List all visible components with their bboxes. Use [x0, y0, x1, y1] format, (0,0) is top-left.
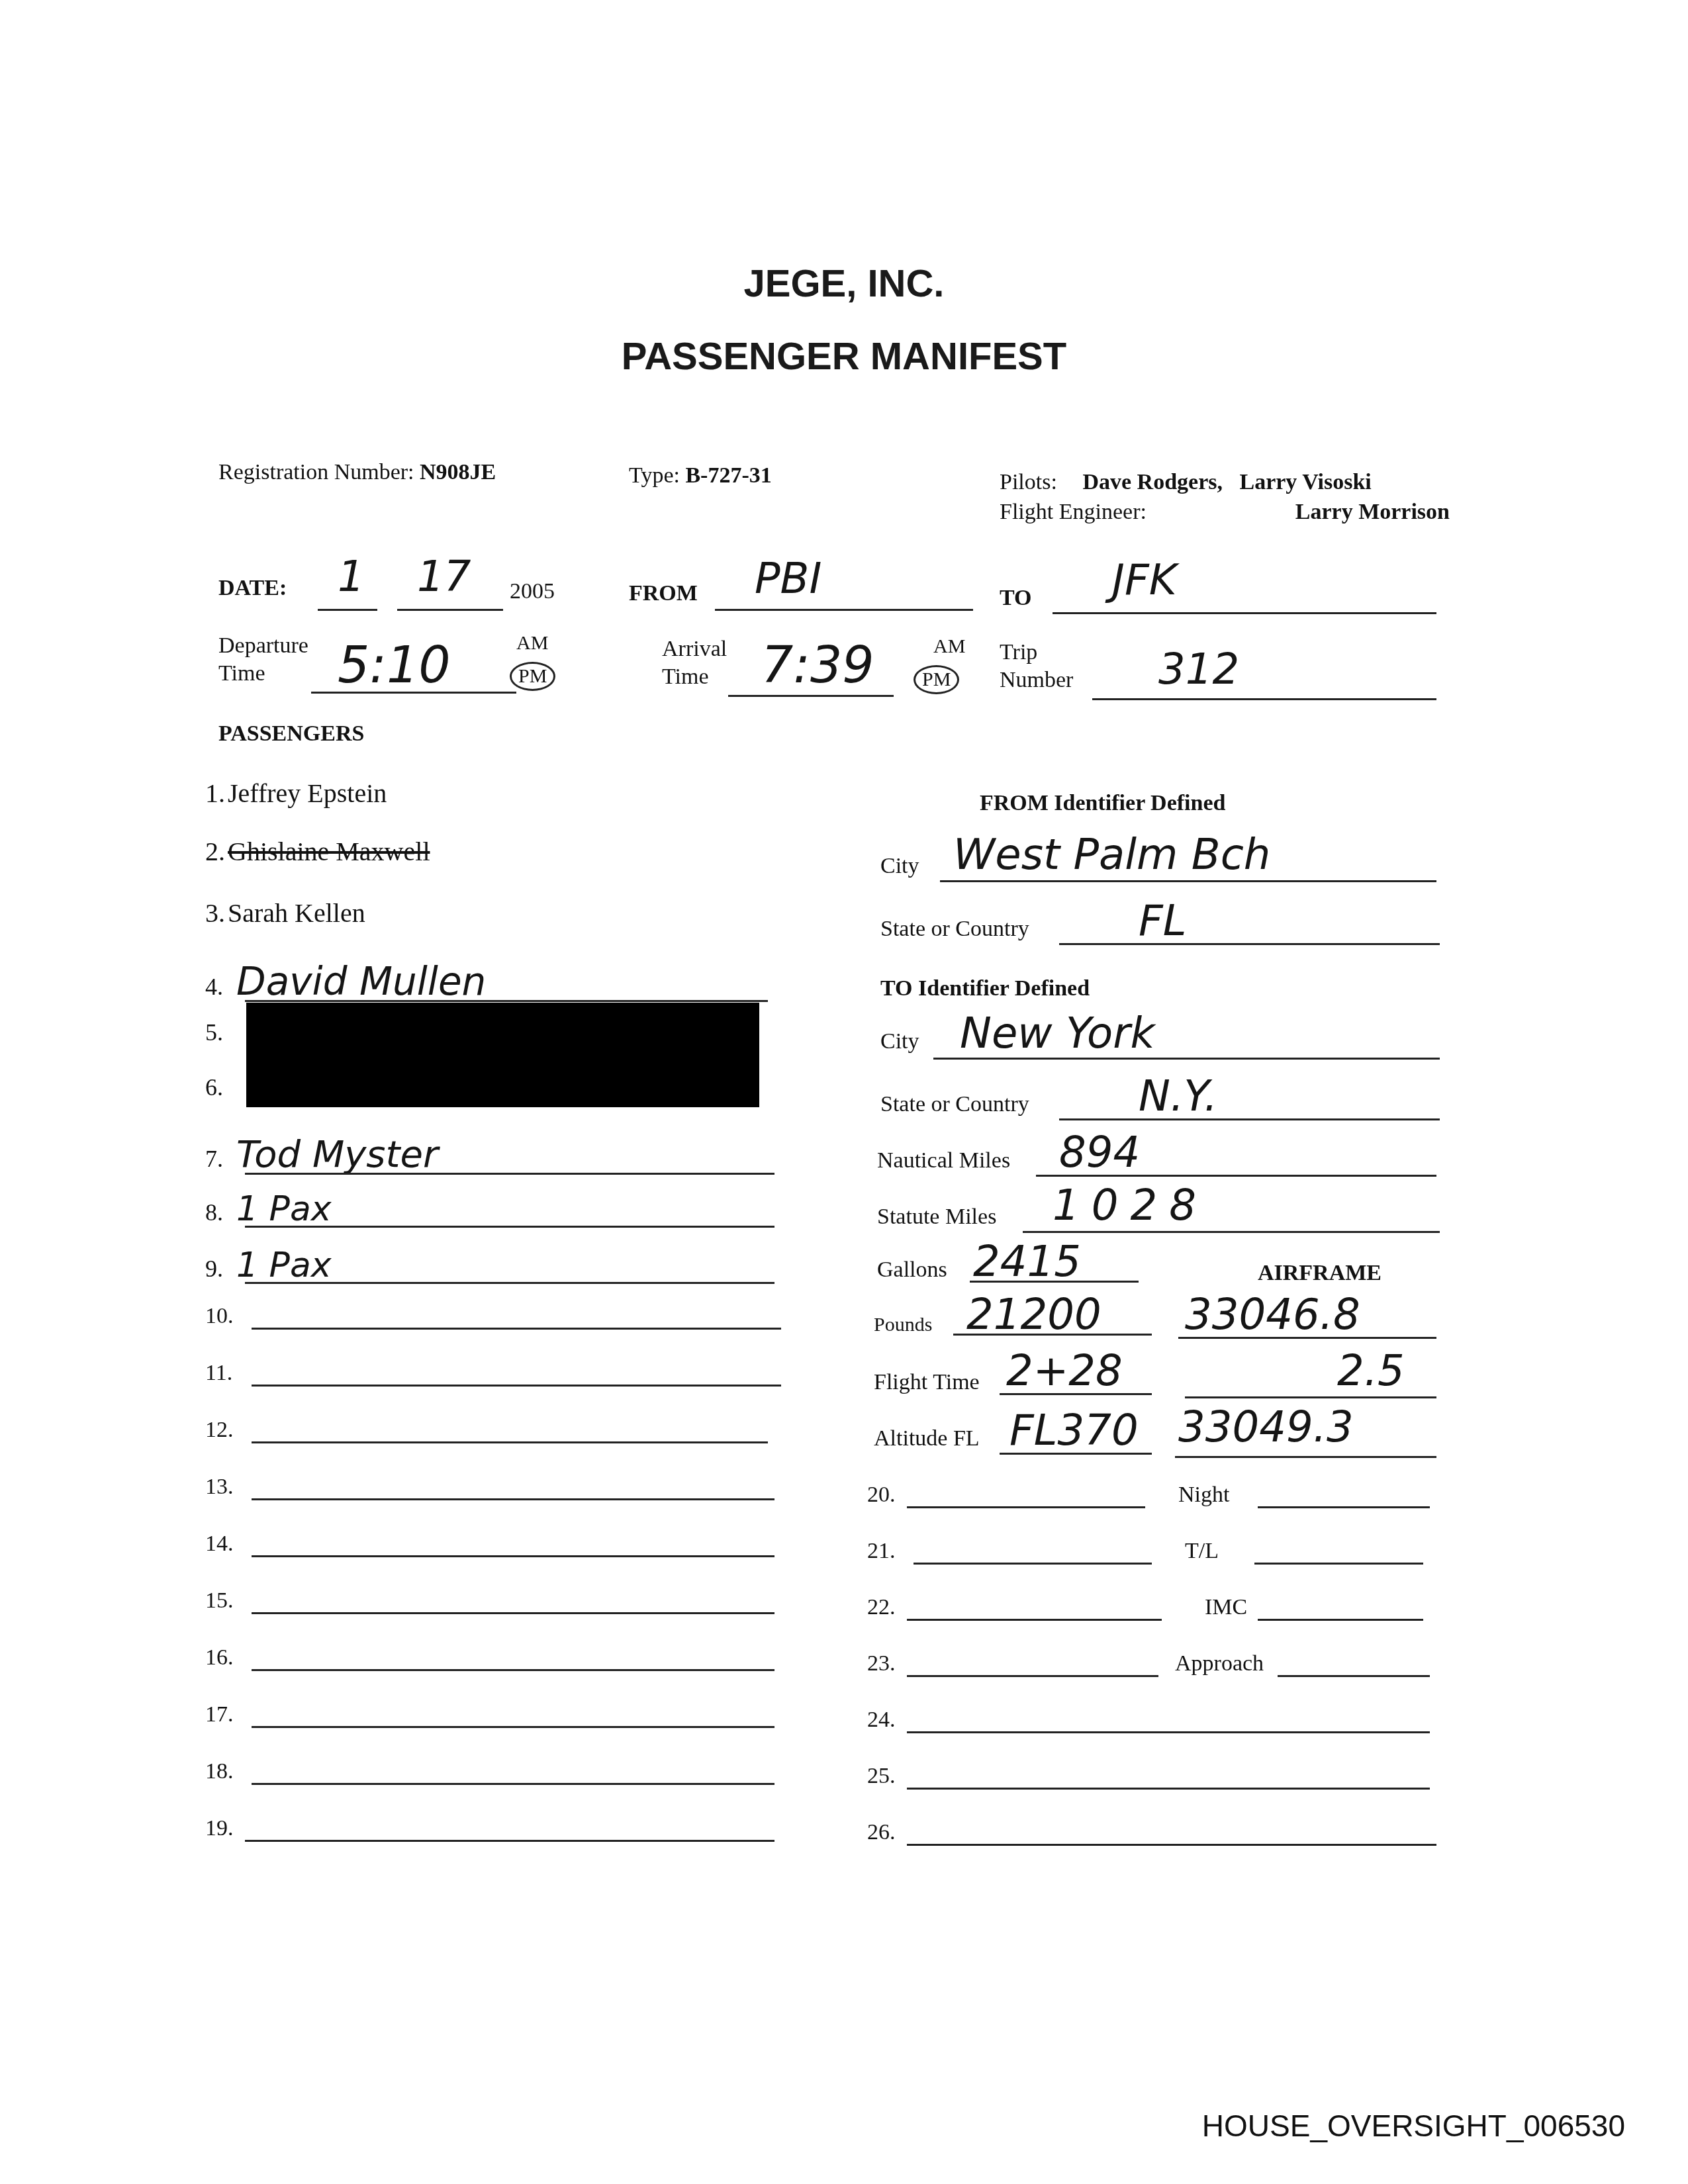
gallons-label: Gallons [877, 1257, 947, 1283]
passenger-row: 14. [205, 1531, 788, 1588]
pounds-value: 21200 [966, 1291, 1102, 1340]
passenger-row: 19. [205, 1816, 788, 1873]
nautical-miles-label: Nautical Miles [877, 1148, 1010, 1173]
extra-row: 20.Night [867, 1482, 1450, 1539]
passenger-row: 1. Jeffrey Epstein [205, 778, 788, 836]
passenger-row: 2. Ghislaine Maxwell [205, 836, 788, 897]
nautical-miles-value: 894 [1059, 1128, 1140, 1177]
flight-time-value: 2+28 [1006, 1347, 1123, 1396]
passenger-row: 16. [205, 1645, 788, 1702]
pounds-airframe-value: 33046.8 [1185, 1291, 1360, 1340]
passenger-row: 11. [205, 1361, 788, 1418]
gallons-value: 2415 [973, 1238, 1081, 1287]
engineer-field: Flight Engineer: Larry Morrison [1000, 500, 1450, 525]
pilots-value: Dave Rodgers, Larry Visoski [1082, 470, 1371, 494]
flight-time-label: Flight Time [874, 1370, 980, 1395]
passenger-row: 18. [205, 1759, 788, 1816]
date-month: 1 [338, 553, 365, 602]
from-state-value: FL [1139, 897, 1186, 946]
to-value: JFK [1112, 556, 1177, 605]
registration-field: Registration Number: N908JE [218, 460, 496, 485]
am-label: AM [516, 632, 548, 655]
from-state-label: State or Country [880, 917, 1029, 942]
extra-row: 24. [867, 1707, 1450, 1764]
altitude-value: FL370 [1009, 1406, 1139, 1455]
pilots-field: Pilots: Dave Rodgers, Larry Visoski [1000, 470, 1372, 495]
extra-rows: 20.Night 21.T/L 22.IMC 23.Approach 24. 2… [867, 1482, 1450, 1876]
to-identifier-heading: TO Identifier Defined [880, 976, 1090, 1001]
extra-row: 23.Approach [867, 1651, 1450, 1707]
pounds-label: Pounds [874, 1314, 932, 1336]
engineer-label: Flight Engineer: [1000, 500, 1147, 524]
registration-label: Registration Number: [218, 460, 414, 484]
airframe-heading: AIRFRAME [1258, 1261, 1382, 1286]
passenger-row: 10. [205, 1304, 788, 1361]
statute-miles-label: Statute Miles [877, 1205, 996, 1230]
extra-row: 26. [867, 1820, 1450, 1876]
from-label: FROM [629, 581, 698, 606]
to-city-label: City [880, 1029, 919, 1054]
trip-number: 312 [1158, 645, 1239, 694]
engineer-value: Larry Morrison [1295, 500, 1450, 525]
trip-label: Trip Number [1000, 639, 1073, 694]
empty-passenger-rows: 10. 11. 12. 13. 14. 15. 16. 17. 18. 19. [205, 1304, 788, 1873]
passengers-heading: PASSENGERS [218, 721, 364, 747]
passenger-row: 3. Sarah Kellen [205, 897, 788, 959]
redaction-block [246, 1003, 759, 1107]
registration-value: N908JE [420, 460, 496, 484]
am-label-2: AM [933, 635, 965, 658]
departure-time: 5:10 [338, 635, 451, 694]
to-city-value: New York [960, 1009, 1155, 1058]
flight-time-airframe-value: 2.5 [1337, 1347, 1405, 1396]
passenger-row: 17. [205, 1702, 788, 1759]
extra-row: 21.T/L [867, 1539, 1450, 1595]
pm-circled-2: PM [914, 665, 959, 694]
passenger-row: 8.1 Pax [205, 1189, 788, 1246]
date-year: 2005 [510, 579, 555, 604]
extra-row: 22.IMC [867, 1595, 1450, 1651]
pilots-label: Pilots: [1000, 470, 1057, 494]
date-label: DATE: [218, 576, 287, 601]
passenger-row: 12. [205, 1418, 788, 1475]
from-city-label: City [880, 854, 919, 879]
type-label: Type: [629, 463, 680, 488]
altitude-airframe-value: 33049.3 [1178, 1403, 1354, 1452]
passenger-row: 13. [205, 1475, 788, 1531]
passenger-row: 7.Tod Myster [205, 1133, 788, 1189]
type-value: B-727-31 [685, 463, 771, 488]
page-title: PASSENGER MANIFEST [0, 334, 1688, 379]
company-name: JEGE, INC. [0, 261, 1688, 306]
altitude-label: Altitude FL [874, 1426, 980, 1451]
to-state-value: N.Y. [1139, 1072, 1217, 1121]
pm-circled: PM [510, 662, 555, 691]
from-identifier-heading: FROM Identifier Defined [980, 791, 1225, 816]
bates-number: HOUSE_OVERSIGHT_006530 [1202, 2108, 1625, 2144]
date-day: 17 [417, 553, 471, 602]
passenger-row: 15. [205, 1588, 788, 1645]
type-field: Type: B-727-31 [629, 463, 772, 488]
departure-label: Departure Time [218, 632, 308, 688]
statute-miles-value: 1028 [1053, 1181, 1208, 1230]
arrival-label: Arrival Time [662, 635, 727, 691]
passenger-row: 9.1 Pax [205, 1246, 788, 1302]
to-label: TO [1000, 586, 1032, 611]
to-state-label: State or Country [880, 1092, 1029, 1117]
arrival-time: 7:39 [761, 635, 874, 694]
from-city-value: West Palm Bch [953, 831, 1270, 880]
from-value: PBI [755, 555, 821, 604]
extra-row: 25. [867, 1764, 1450, 1820]
